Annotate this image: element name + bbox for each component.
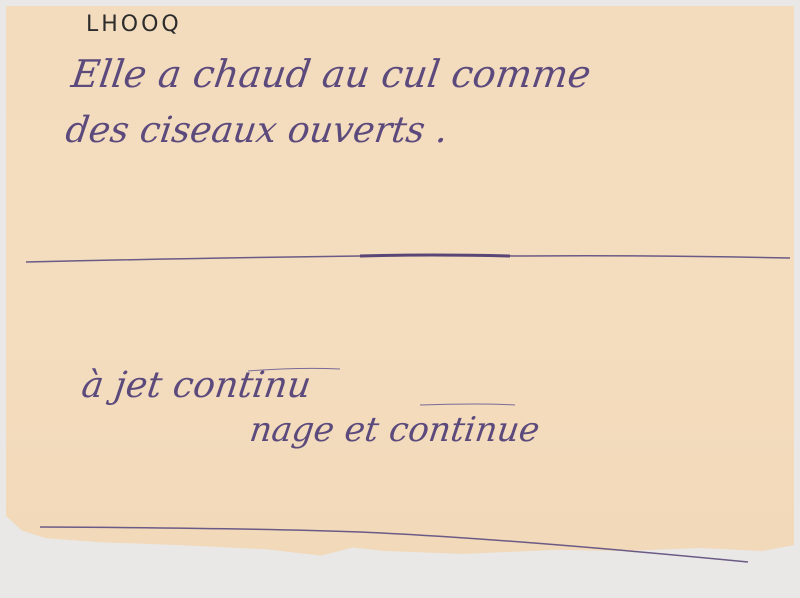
- overline-continue: [420, 404, 515, 405]
- handwritten-line-4: nage et continue: [247, 410, 542, 450]
- divider-line-bottom: [40, 527, 748, 562]
- divider-line-middle-bold: [360, 255, 510, 256]
- ink-rules: [0, 0, 800, 598]
- handwritten-line-3: à jet continu: [79, 365, 313, 406]
